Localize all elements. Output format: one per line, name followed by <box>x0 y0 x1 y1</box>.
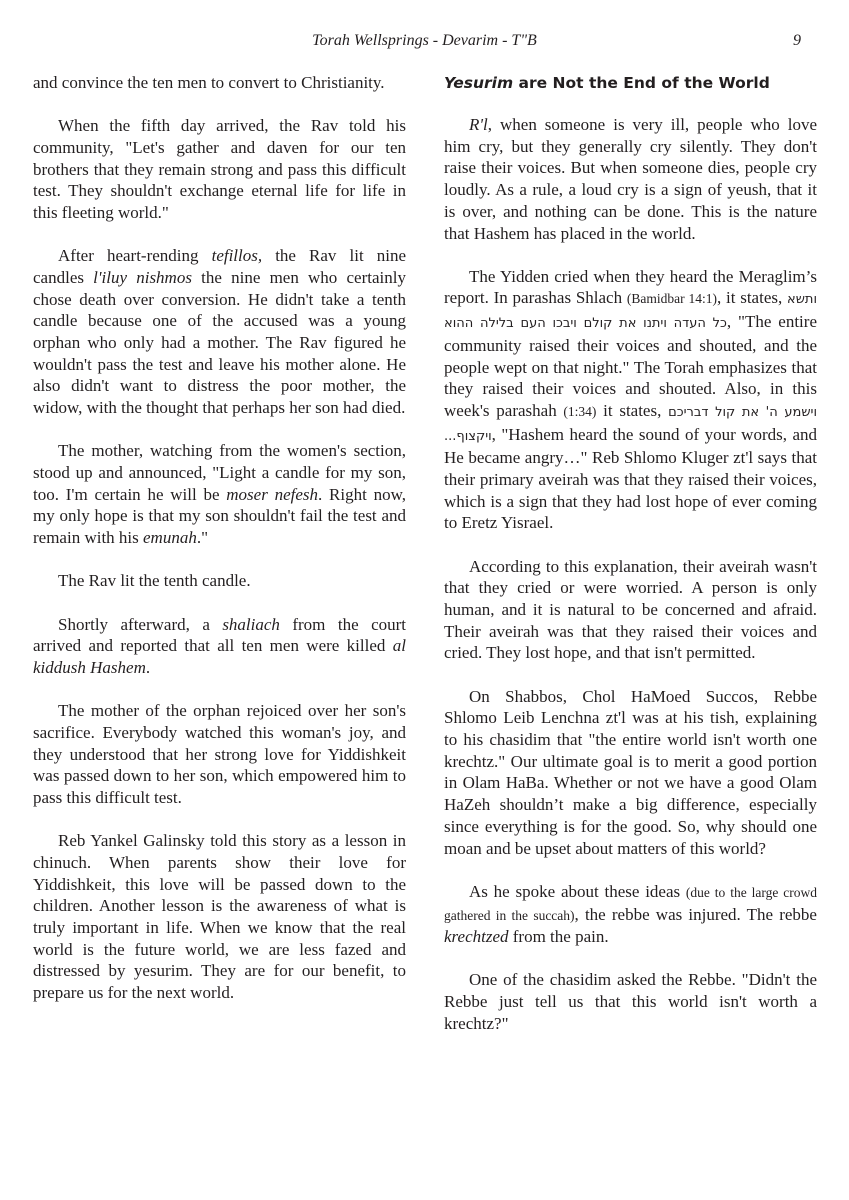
italic-term: emunah <box>143 528 197 547</box>
heading-rest: are Not the End of the World <box>513 74 770 92</box>
text-run: , the rebbe was injured. The rebbe <box>575 905 817 924</box>
paragraph-injured: As he spoke about these ideas (due to th… <box>444 881 817 948</box>
book-page: Torah Wellsprings - Devarim - T"B 9 and … <box>0 0 849 1200</box>
source-citation: (1:34) <box>563 404 596 419</box>
paragraph-question: One of the chasidim asked the Rebbe. "Di… <box>444 969 817 1034</box>
italic-term: krechtzed <box>444 927 509 946</box>
text-run: ." <box>197 528 208 547</box>
paragraph-fifth-day: When the fifth day arrived, the Rav told… <box>33 115 406 224</box>
text-run: . <box>146 658 150 677</box>
paragraph-crying: R'l, when someone is very ill, people wh… <box>444 114 817 244</box>
text-run: , "Hashem heard the sound of your words,… <box>444 425 817 533</box>
italic-term: tefillos, <box>212 246 263 265</box>
page-number: 9 <box>793 32 801 50</box>
text-run: , it states, <box>717 288 787 307</box>
text-run: As he spoke about these ideas <box>469 882 686 901</box>
italic-term: moser nefesh <box>226 485 318 504</box>
paragraph-lesson: Reb Yankel Galinsky told this story as a… <box>33 830 406 1004</box>
italic-term: l'iluy nishmos <box>93 268 192 287</box>
heading-italic: Yesurim <box>444 74 513 92</box>
text-run: , when someone is very ill, people who l… <box>444 115 817 243</box>
left-column: and convince the ten men to convert to C… <box>33 72 406 1025</box>
text-run: After heart-rending <box>58 246 212 265</box>
text-run: the nine men who certainly chose death o… <box>33 268 406 417</box>
paragraph-continued: and convince the ten men to convert to C… <box>33 72 406 94</box>
paragraph-rejoiced: The mother of the orphan rejoiced over h… <box>33 700 406 809</box>
text-run: Shortly afterward, a <box>58 615 222 634</box>
right-column: Yesurim are Not the End of the World R'l… <box>444 72 817 1056</box>
text-run: it states, <box>596 401 668 420</box>
paragraph-tenth-candle: The Rav lit the tenth candle. <box>33 570 406 592</box>
running-title: Torah Wellsprings - Devarim - T"B <box>0 32 849 50</box>
paragraph-mother: The mother, watching from the women's se… <box>33 440 406 549</box>
italic-term: shaliach <box>222 615 280 634</box>
paragraph-tish: On Shabbos, Chol HaMoed Succos, Rebbe Sh… <box>444 686 817 860</box>
paragraph-explanation: According to this explanation, their ave… <box>444 556 817 665</box>
running-header: Torah Wellsprings - Devarim - T"B 9 <box>0 32 849 56</box>
paragraph-candles: After heart-rending tefillos, the Rav li… <box>33 245 406 419</box>
section-heading: Yesurim are Not the End of the World <box>444 72 817 94</box>
paragraph-meraglim: The Yidden cried when they heard the Mer… <box>444 266 817 534</box>
italic-term: R'l <box>469 115 488 134</box>
paragraph-shaliach: Shortly afterward, a shaliach from the c… <box>33 614 406 679</box>
source-citation: (Bamidbar 14:1) <box>627 291 717 306</box>
text-run: from the pain. <box>509 927 609 946</box>
